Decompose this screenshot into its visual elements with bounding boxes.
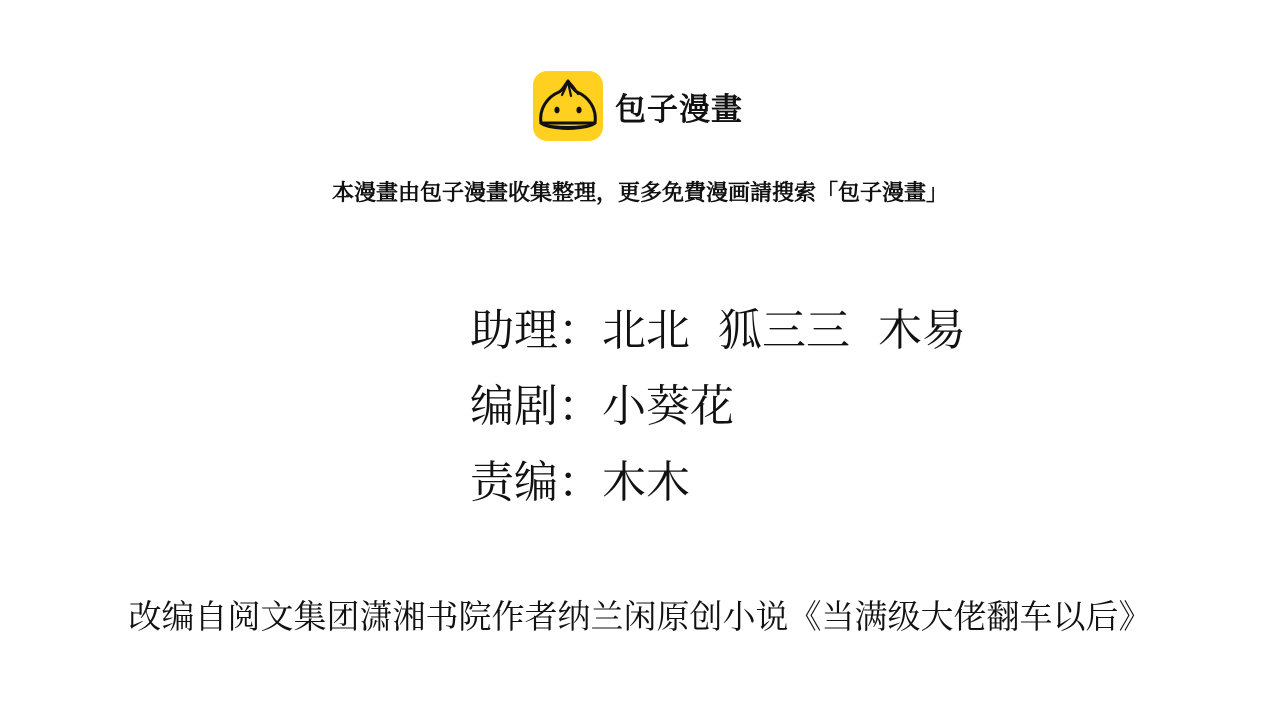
credit-label: 助理 bbox=[470, 294, 558, 358]
brand-name: 包子漫畫 bbox=[615, 84, 743, 129]
credit-row-assistant: 助理：北北 狐三三 木易 bbox=[470, 298, 966, 354]
credit-colon: ： bbox=[558, 294, 602, 358]
credit-value: 小葵花 bbox=[602, 370, 734, 434]
credit-value: 北北 狐三三 木易 bbox=[602, 294, 966, 358]
credit-colon: ： bbox=[558, 446, 602, 510]
credit-row-writer: 编剧：小葵花 bbox=[470, 374, 966, 430]
credits-block: 助理：北北 狐三三 木易 编剧：小葵花 责编：木木 bbox=[470, 298, 966, 526]
credit-row-editor: 责编：木木 bbox=[470, 450, 966, 506]
credit-value: 木木 bbox=[602, 446, 690, 510]
baozi-bun-icon bbox=[533, 71, 603, 141]
credit-label: 责编 bbox=[470, 446, 558, 510]
credit-label: 编剧 bbox=[470, 370, 558, 434]
source-notice: 本漫畫由包子漫畫收集整理，更多免費漫画請搜索「包子漫畫」 bbox=[0, 176, 1280, 207]
credit-colon: ： bbox=[558, 370, 602, 434]
brand-header: 包子漫畫 bbox=[533, 71, 743, 141]
adaptation-source: 改编自阅文集团潇湘书院作者纳兰闲原创小说《当满级大佬翻车以后》 bbox=[0, 591, 1280, 638]
